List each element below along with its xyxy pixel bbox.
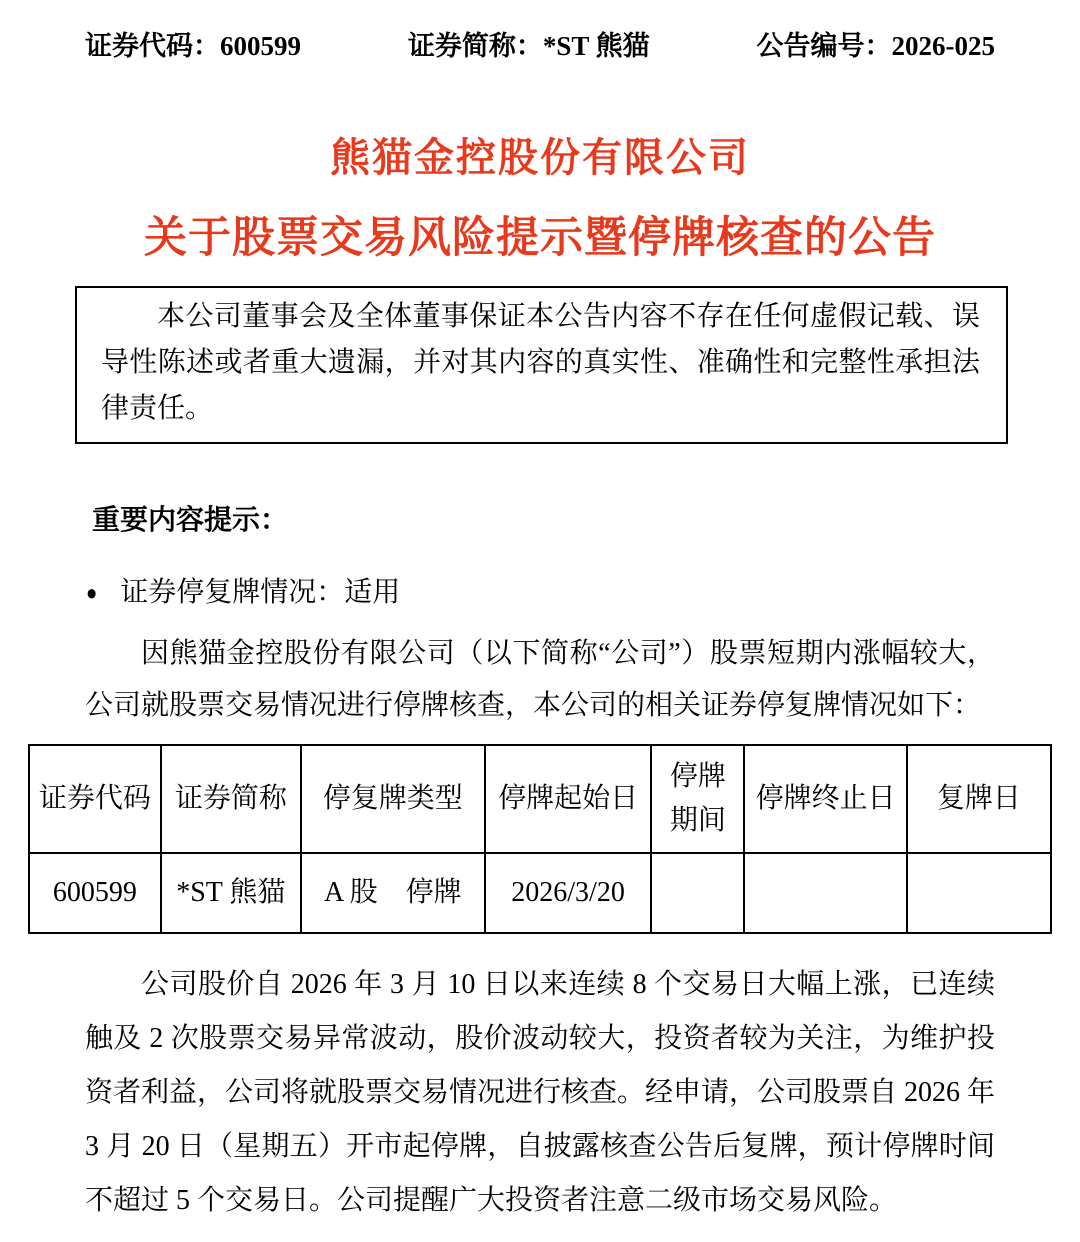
header-stock-code: 证券代码 <box>29 745 161 853</box>
header-end-date: 停牌终止日 <box>744 745 906 853</box>
cell-resume-date <box>907 853 1051 933</box>
body-paragraph: 公司股价自 2026 年 3 月 10 日以来连续 8 个交易日大幅上涨，已连续… <box>85 958 995 1242</box>
cell-stock-name: *ST 熊猫 <box>161 853 301 933</box>
intro-paragraph: 因熊猫金控股份有限公司（以下简称“公司”）股票短期内涨幅较大，公司就股票交易情况… <box>85 628 995 732</box>
company-title: 熊猫金控股份有限公司 <box>0 134 1080 182</box>
suspension-table: 证券代码 证券简称 停复牌类型 停牌起始日 停牌期间 停牌终止日 复牌日 600… <box>28 744 1052 934</box>
bullet-icon: ● <box>86 576 97 610</box>
announcement-document: 证券代码：600599 证券简称：*ST 熊猫 公告编号：2026-025 熊猫… <box>0 0 1080 1242</box>
cell-end-date <box>744 853 906 933</box>
important-notice-heading: 重要内容提示： <box>92 504 995 538</box>
header-suspension-type: 停复牌类型 <box>301 745 485 853</box>
stock-code: 证券代码：600599 <box>85 28 301 64</box>
header-resume-date: 复牌日 <box>907 745 1051 853</box>
announcement-title: 关于股票交易风险提示暨停牌核查的公告 <box>0 214 1080 262</box>
announcement-number: 公告编号：2026-025 <box>756 28 995 64</box>
header-stock-name: 证券简称 <box>161 745 301 853</box>
disclaimer-text: 本公司董事会及全体董事保证本公告内容不存在任何虚假记载、误导性陈述或者重大遗漏，… <box>101 294 980 432</box>
table-row: 600599 *ST 熊猫 A 股 停牌 2026/3/20 <box>29 853 1051 933</box>
table-header-row: 证券代码 证券简称 停复牌类型 停牌起始日 停牌期间 停牌终止日 复牌日 <box>29 745 1051 853</box>
header-start-date: 停牌起始日 <box>485 745 652 853</box>
suspension-status-text: 证券停复牌情况：适用 <box>120 576 400 610</box>
document-info-line: 证券代码：600599 证券简称：*ST 熊猫 公告编号：2026-025 <box>0 28 1080 64</box>
cell-suspension-type: A 股 停牌 <box>301 853 485 933</box>
cell-period <box>651 853 744 933</box>
disclaimer-box: 本公司董事会及全体董事保证本公告内容不存在任何虚假记载、误导性陈述或者重大遗漏，… <box>75 286 1008 444</box>
cell-stock-code: 600599 <box>29 853 161 933</box>
header-period: 停牌期间 <box>651 745 744 853</box>
stock-short-name: 证券简称：*ST 熊猫 <box>408 28 650 64</box>
cell-start-date: 2026/3/20 <box>485 853 652 933</box>
suspension-status-bullet: ● 证券停复牌情况：适用 <box>85 576 995 610</box>
